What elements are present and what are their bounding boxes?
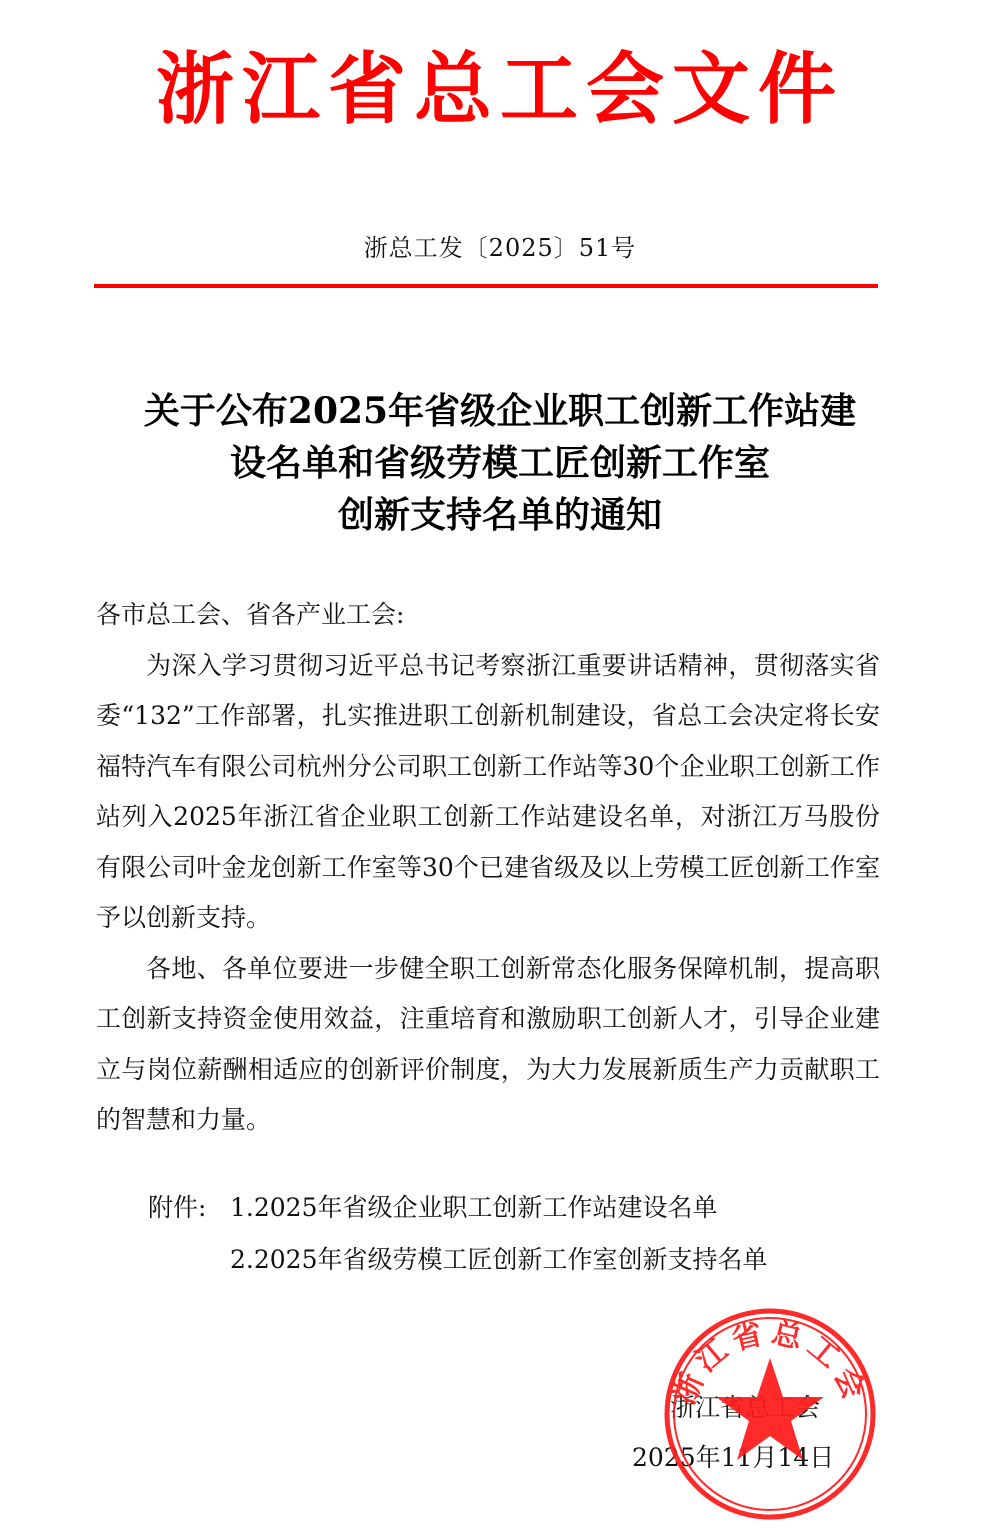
attachments: 附件:1.2025年省级企业职工创新工作站建设名单 2.2025年省级劳模工匠创… xyxy=(148,1182,767,1286)
body-paragraph-2: 各地、各单位要进一步健全职工创新常态化服务保障机制，提高职工创新支持资金使用效益… xyxy=(96,944,880,1146)
masthead-title: 浙江省总工会文件 xyxy=(0,45,1000,135)
body-paragraph-1: 为深入学习贯彻习近平总书记考察浙江重要讲话精神，贯彻落实省委“132”工作部署，… xyxy=(96,641,880,944)
attachment-item-1: 1.2025年省级企业职工创新工作站建设名单 xyxy=(230,1193,717,1222)
document-body: 各市总工会、省各产业工会: 为深入学习贯彻习近平总书记考察浙江重要讲话精神，贯彻… xyxy=(96,590,880,1146)
document-title: 关于公布2025年省级企业职工创新工作站建 设名单和省级劳模工匠创新工作室 创新… xyxy=(0,385,1000,541)
signature-date: 2025年11月14日 xyxy=(632,1438,834,1474)
document-number: 浙总工发〔2025〕51号 xyxy=(0,228,1000,263)
attachment-row-2: 2.2025年省级劳模工匠创新工作室创新支持名单 xyxy=(148,1234,767,1286)
attachments-label: 附件: xyxy=(148,1182,230,1234)
signature-organization: 浙江省总工会 xyxy=(670,1388,820,1424)
title-line-1: 关于公布2025年省级企业职工创新工作站建 xyxy=(0,385,1000,437)
salutation: 各市总工会、省各产业工会: xyxy=(96,590,880,641)
attachment-item-2: 2.2025年省级劳模工匠创新工作室创新支持名单 xyxy=(230,1245,767,1274)
title-line-3: 创新支持名单的通知 xyxy=(0,489,1000,541)
attachment-row-1: 附件:1.2025年省级企业职工创新工作站建设名单 xyxy=(148,1182,767,1234)
title-line-2: 设名单和省级劳模工匠创新工作室 xyxy=(0,437,1000,489)
red-divider-rule xyxy=(94,284,878,288)
